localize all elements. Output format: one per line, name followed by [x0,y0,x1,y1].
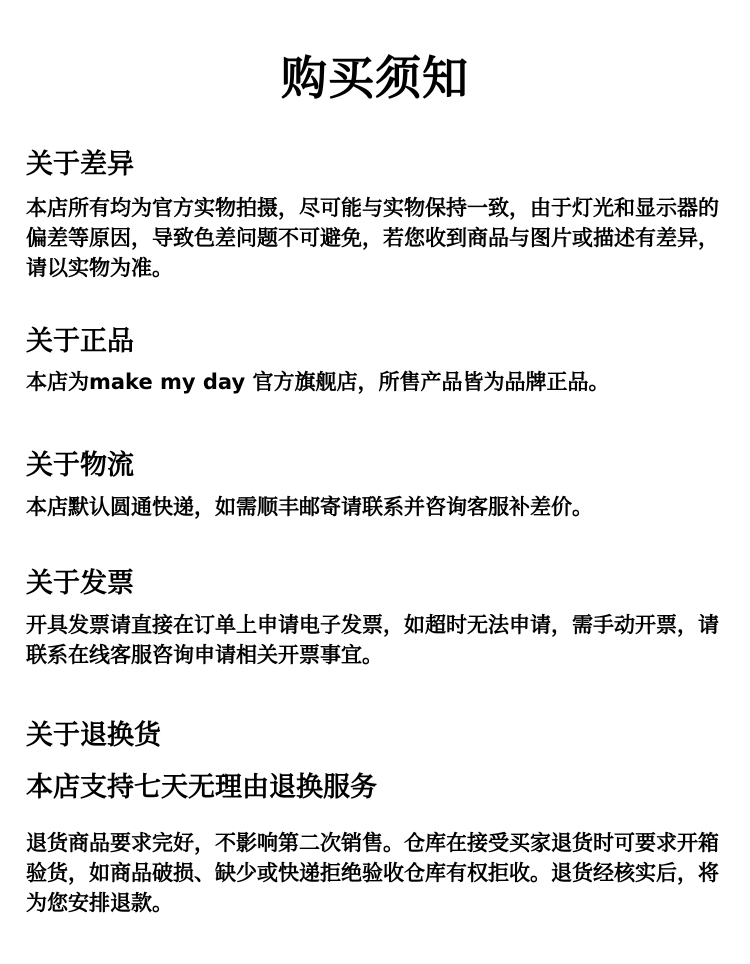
section-subheading: 本店支持七天无理由退换服务 [26,771,377,805]
section-body: 退货商品要求完好，不影响第二次销售。仓库在接受买家退货时可要求开箱验货，如商品破… [26,828,726,918]
section-heading: 关于退换货 [26,719,161,753]
page-title: 购买须知 [0,48,750,108]
section-heading: 关于差异 [26,148,134,182]
section-heading: 关于物流 [26,449,134,483]
section-body: 本店所有均为官方实物拍摄，尽可能与实物保持一致，由于灯光和显示器的偏差等原因，导… [26,193,726,283]
section-body: 开具发票请直接在订单上申请电子发票，如超时无法申请，需手动开票，请联系在线客服咨… [26,610,726,670]
section-heading: 关于正品 [26,325,134,359]
section-body: 本店默认圆通快递，如需顺丰邮寄请联系并咨询客服补差价。 [26,492,726,522]
section-heading: 关于发票 [26,567,134,601]
section-body: 本店为make my day 官方旗舰店，所售产品皆为品牌正品。 [26,367,726,397]
